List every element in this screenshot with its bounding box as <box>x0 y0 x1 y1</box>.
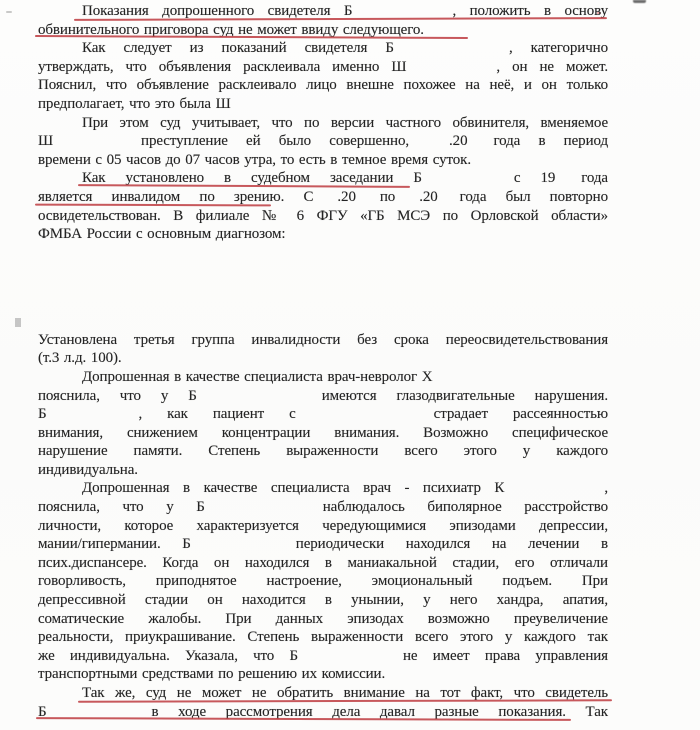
text-line: говорливость, приподнятое настроение, эм… <box>38 572 608 591</box>
text-line: обвинительного приговора суд не может вв… <box>38 21 608 40</box>
text-segment: , категорично <box>509 40 608 56</box>
text-segment: Б <box>38 406 47 422</box>
text-line: Допрошенная в качестве специалиста врач … <box>38 479 608 498</box>
text-segment: Как следует из показаний свидетеля Б <box>82 40 394 56</box>
text-segment: Ш <box>38 133 53 149</box>
text-segment: , положить в основу <box>452 3 608 19</box>
redacted-name-gap <box>467 144 493 145</box>
redacted-name-gap <box>298 659 403 660</box>
text-line: При этом суд учитывает, что по версии ча… <box>38 114 608 133</box>
text-segment: соматические жалобы. При данных эпизодах… <box>38 611 608 627</box>
text-segment: утверждать, что объявления расклеивала и… <box>38 59 406 75</box>
text-segment: года был повторно <box>460 189 608 205</box>
document-text: Показания допрошенного свидетеля Б, поло… <box>38 2 608 721</box>
text-segment: года <box>581 170 608 186</box>
text-segment: имеются глазодвигательные нарушения. <box>322 388 608 404</box>
text-line: Бв ходе рассмотрения дела давал разные п… <box>38 703 608 722</box>
text-line: личности, которое характеризуется череду… <box>38 517 608 536</box>
redacted-name-gap <box>205 510 323 511</box>
text-line: (т.3 л.д. 100). <box>38 349 608 368</box>
redacted-name-gap <box>504 491 604 492</box>
text-line: пояснила, что у Бнаблюдалось биполярное … <box>38 498 608 517</box>
text-segment: Б <box>38 704 47 720</box>
text-segment: , <box>604 480 608 496</box>
text-segment: пояснила, что у Б <box>38 388 197 404</box>
text-segment: по <box>380 189 395 205</box>
text-line: Установлена третья группа инвалидности б… <box>38 331 608 350</box>
text-line: нарушение памяти. Степень выраженности в… <box>38 442 608 461</box>
text-line: Шпреступление ей было совершенно,.20года… <box>38 132 608 151</box>
text-segment: нарушение памяти. Степень выраженности в… <box>38 443 608 459</box>
redacted-name-gap <box>395 200 419 201</box>
text-segment: , как пациент с <box>139 406 296 422</box>
text-segment: страдает рассеянностью <box>434 406 608 422</box>
text-line: Как установлено в судебном заседании Бс … <box>38 169 608 188</box>
text-segment: говорливость, приподнятое настроение, эм… <box>38 573 608 589</box>
text-line: внимания, снижением концентрации внимани… <box>38 424 608 443</box>
text-segment: При этом суд учитывает, что по версии ча… <box>82 115 608 131</box>
text-segment: транспортными средствами по решению их к… <box>38 666 385 682</box>
text-segment: предполагает, что это была Ш <box>38 96 231 112</box>
text-segment: является инвалидом по зрению. С <box>38 189 313 205</box>
redacted-name-gap <box>47 417 139 418</box>
scan-artifact-mid-square <box>15 318 21 327</box>
text-line: ФМБА России с основным диагнозом: <box>38 225 608 244</box>
text-line: депрессивной стадии он находится в уныни… <box>38 591 608 610</box>
text-segment: не имеет права управления <box>403 648 608 664</box>
text-line: предполагает, что это была Ш <box>38 95 608 114</box>
text-segment: реальности, приукрашивание. Степень выра… <box>38 629 608 645</box>
text-segment: года в период <box>493 133 608 149</box>
text-segment: же индивидуальна. Указала, что Б <box>38 648 298 664</box>
text-line: Допрошенная в качестве специалиста врач-… <box>38 368 608 387</box>
text-segment: преступление ей было совершенно, <box>141 133 409 149</box>
redacted-name-gap <box>53 144 141 145</box>
text-segment: периодически находился на лечении в <box>296 536 608 552</box>
text-segment: .20 <box>449 133 467 149</box>
text-segment: .20 <box>419 189 437 205</box>
text-line: Пояснил, что объявление расклеивало лицо… <box>38 76 608 95</box>
text-segment: внимания, снижением концентрации внимани… <box>38 425 608 441</box>
text-segment: .20 <box>337 189 355 205</box>
text-line: является инвалидом по зрению. С.20по.20г… <box>38 188 608 207</box>
redacted-name-gap <box>555 181 581 182</box>
text-segment: псих.диспансере. Когда он находился в ма… <box>38 555 608 571</box>
redacted-name-gap <box>409 144 449 145</box>
text-segment: Допрошенная в качестве специалиста врач … <box>82 480 504 496</box>
text-segment: , он не может. <box>496 59 608 75</box>
text-line: Показания допрошенного свидетеля Б, поло… <box>38 2 608 21</box>
redacted-name-gap <box>296 417 434 418</box>
text-segment: пояснила, что у Б <box>38 499 205 515</box>
text-line: псих.диспансере. Когда он находился в ма… <box>38 554 608 573</box>
redacted-name-gap <box>313 200 337 201</box>
text-segment: с 19 <box>514 170 555 186</box>
text-line: соматические жалобы. При данных эпизодах… <box>38 610 608 629</box>
text-segment: Установлена третья группа инвалидности б… <box>38 332 608 348</box>
text-line: освидетельствован. В филиале № 6 ФГУ «ГБ… <box>38 207 608 226</box>
text-line: пояснила, что у Бимеются глазодвигательн… <box>38 387 608 406</box>
text-line: Б, как пациент сстрадает рассеянностью <box>38 405 608 424</box>
text-line: реальности, приукрашивание. Степень выра… <box>38 628 608 647</box>
text-line: транспортными средствами по решению их к… <box>38 665 608 684</box>
redacted-name-gap <box>394 51 509 52</box>
text-line: индивидуальна. <box>38 461 608 480</box>
text-line: утверждать, что объявления расклеивала и… <box>38 58 608 77</box>
text-segment: индивидуальна. <box>38 462 138 478</box>
text-segment: Допрошенная в качестве специалиста врач-… <box>82 369 432 385</box>
text-line: мании/гипермании. Бпериодически находилс… <box>38 535 608 554</box>
text-segment: (т.3 л.д. 100). <box>38 350 122 366</box>
text-line: Как следует из показаний свидетеля Б, ка… <box>38 39 608 58</box>
redacted-name-gap <box>197 399 322 400</box>
text-segment: в ходе рассмотрения дела давал разные по… <box>152 704 608 720</box>
text-segment: обвинительного приговора суд не может вв… <box>38 22 424 38</box>
redacted-name-gap <box>438 200 460 201</box>
redacted-name-gap <box>47 715 152 716</box>
scan-artifact-left-dot <box>6 11 12 13</box>
text-segment: Пояснил, что объявление расклеивало лицо… <box>38 77 608 93</box>
text-segment: ФМБА России с основным диагнозом: <box>38 226 285 242</box>
text-segment: освидетельствован. В филиале № 6 ФГУ «ГБ… <box>38 208 608 224</box>
text-line: времени с 05 часов до 07 часов утра, то … <box>38 151 608 170</box>
text-segment: наблюдалось биполярное расстройство <box>323 499 608 515</box>
redacted-name-gap <box>422 181 514 182</box>
text-line: же индивидуальна. Указала, что Бне имеет… <box>38 647 608 666</box>
text-segment: Так же, суд не может не обратить внимани… <box>82 685 608 701</box>
text-line: Так же, суд не может не обратить внимани… <box>38 684 608 703</box>
redacted-name-gap <box>191 547 296 548</box>
scanned-document-page: Показания допрошенного свидетеля Б, поло… <box>0 0 700 730</box>
text-segment: личности, которое характеризуется череду… <box>38 518 608 534</box>
scan-artifact-top-smudge <box>633 0 646 3</box>
text-segment: Как установлено в судебном заседании Б <box>82 170 422 186</box>
text-segment: депрессивной стадии он находится в уныни… <box>38 592 608 608</box>
text-segment: Показания допрошенного свидетеля Б <box>82 3 352 19</box>
text-segment: времени с 05 часов до 07 часов утра, то … <box>38 152 471 168</box>
redacted-name-gap <box>356 200 380 201</box>
text-segment: мании/гипермании. Б <box>38 536 191 552</box>
redacted-name-gap <box>406 70 496 71</box>
redacted-name-gap <box>352 14 452 15</box>
